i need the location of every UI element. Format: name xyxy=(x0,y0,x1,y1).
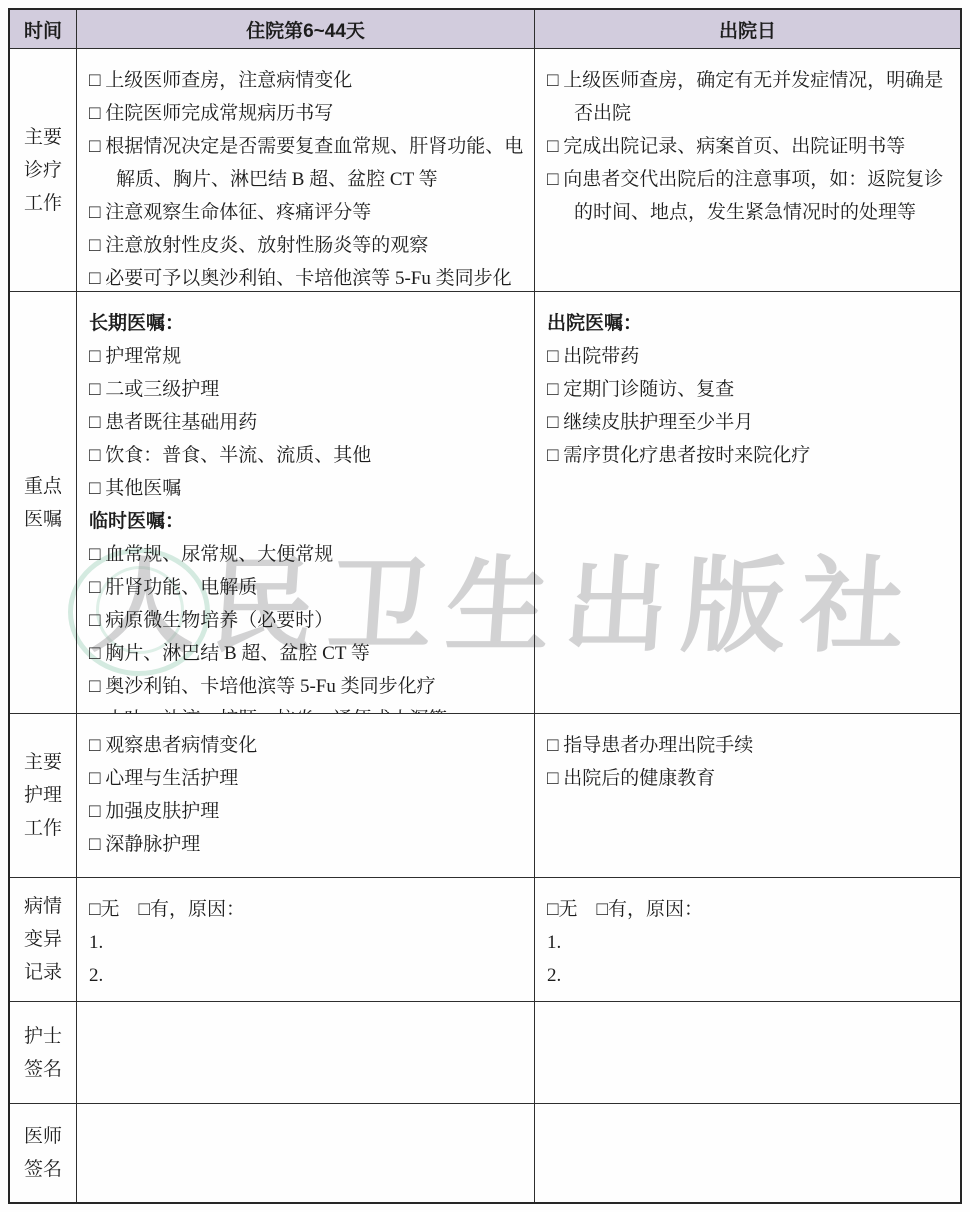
checklist-line: 临时医嘱： xyxy=(89,505,524,538)
row-label-variation-record: 病情 变异 记录 xyxy=(10,878,77,1002)
checklist-line: □ 血常规、尿常规、大便常规 xyxy=(89,538,524,571)
row-label-main-treatment: 主要 诊疗 工作 xyxy=(10,49,77,292)
main-nursing-hospital-cell: □ 观察患者病情变化□ 心理与生活护理□ 加强皮肤护理□ 深静脉护理 xyxy=(77,714,535,878)
checklist-line: □ 完成出院记录、病案首页、出院证明书等 xyxy=(547,130,950,163)
checklist-line: □ 出院带药 xyxy=(547,340,950,373)
checklist-line: □ 二或三级护理 xyxy=(89,373,524,406)
key-orders-hospital-cell: 长期医嘱：□ 护理常规□ 二或三级护理□ 患者既往基础用药□ 饮食：普食、半流、… xyxy=(77,292,535,714)
checklist-line: □ 加强皮肤护理 xyxy=(89,795,524,828)
header-time: 时间 xyxy=(10,10,77,49)
header-discharge-day: 出院日 xyxy=(535,10,960,49)
variation-line: □无 □有，原因： xyxy=(547,893,950,926)
checklist-line: □ 饮食：普食、半流、流质、其他 xyxy=(89,439,524,472)
clinical-pathway-table: 时间 住院第6~44天 出院日 主要 诊疗 工作 □ 上级医师查房，注意病情变化… xyxy=(8,8,962,1204)
nurse-signature-discharge-cell xyxy=(535,1002,960,1104)
document-page: 人民卫生出版社 时间 住院第6~44天 出院日 主要 诊疗 工作 □ 上级医师查… xyxy=(0,0,970,1212)
checklist-line: □ 病原微生物培养（必要时） xyxy=(89,604,524,637)
checklist-line: □ 向患者交代出院后的注意事项，如：返院复诊的时间、地点，发生紧急情况时的处理等 xyxy=(547,163,950,229)
checklist-line: □ 上级医师查房，确定有无并发症情况，明确是否出院 xyxy=(547,64,950,130)
checklist-line: □ 注意观察生命体征、疼痛评分等 xyxy=(89,196,524,229)
checklist-line: □ 继续皮肤护理至少半月 xyxy=(547,406,950,439)
row-label-main-nursing: 主要 护理 工作 xyxy=(10,714,77,878)
checklist-line: □ 出院后的健康教育 xyxy=(547,762,950,795)
checklist-line: □ 护理常规 xyxy=(89,340,524,373)
checklist-line: □ 指导患者办理出院手续 xyxy=(547,729,950,762)
variation-line: 1. xyxy=(547,926,950,959)
variation-record-discharge-cell: □无 □有，原因：1.2. xyxy=(535,878,960,1002)
checklist-line: □ 肝肾功能、电解质 xyxy=(89,571,524,604)
checklist-line: □ 止吐、补液、护肝、抗炎、通便或止泻等 xyxy=(89,703,524,714)
checklist-line: □ 深静脉护理 xyxy=(89,828,524,861)
doctor-signature-discharge-cell xyxy=(535,1104,960,1202)
key-orders-discharge-cell: 出院医嘱：□ 出院带药□ 定期门诊随访、复查□ 继续皮肤护理至少半月□ 需序贯化… xyxy=(535,292,960,714)
checklist-line: □ 其他医嘱 xyxy=(89,472,524,505)
doctor-signature-hospital-cell xyxy=(77,1104,535,1202)
variation-line: 1. xyxy=(89,926,524,959)
checklist-line: □ 奥沙利铂、卡培他滨等 5-Fu 类同步化疗 xyxy=(89,670,524,703)
checklist-line: □ 住院医师完成常规病历书写 xyxy=(89,97,524,130)
checklist-line: 出院医嘱： xyxy=(547,307,950,340)
nurse-signature-hospital-cell xyxy=(77,1002,535,1104)
checklist-line: □ 根据情况决定是否需要复查血常规、肝肾功能、电解质、胸片、淋巴结 B 超、盆腔… xyxy=(89,130,524,196)
header-hospital-days: 住院第6~44天 xyxy=(77,10,535,49)
variation-line: 2. xyxy=(547,959,950,992)
checklist-line: □ 观察患者病情变化 xyxy=(89,729,524,762)
checklist-line: □ 定期门诊随访、复查 xyxy=(547,373,950,406)
row-label-key-orders: 重点 医嘱 xyxy=(10,292,77,714)
checklist-line: □ 上级医师查房，注意病情变化 xyxy=(89,64,524,97)
row-label-doctor-signature: 医师 签名 xyxy=(10,1104,77,1202)
checklist-line: □ 必要可予以奥沙利铂、卡培他滨等 5-Fu 类同步化疗 xyxy=(89,262,524,292)
variation-line: □无 □有，原因： xyxy=(89,893,524,926)
checklist-line: □ 胸片、淋巴结 B 超、盆腔 CT 等 xyxy=(89,637,524,670)
main-treatment-hospital-cell: □ 上级医师查房，注意病情变化□ 住院医师完成常规病历书写□ 根据情况决定是否需… xyxy=(77,49,535,292)
checklist-line: □ 注意放射性皮炎、放射性肠炎等的观察 xyxy=(89,229,524,262)
variation-line: 2. xyxy=(89,959,524,992)
checklist-line: 长期医嘱： xyxy=(89,307,524,340)
row-label-nurse-signature: 护士 签名 xyxy=(10,1002,77,1104)
checklist-line: □ 需序贯化疗患者按时来院化疗 xyxy=(547,439,950,472)
checklist-line: □ 心理与生活护理 xyxy=(89,762,524,795)
variation-record-hospital-cell: □无 □有，原因：1.2. xyxy=(77,878,535,1002)
main-treatment-discharge-cell: □ 上级医师查房，确定有无并发症情况，明确是否出院□ 完成出院记录、病案首页、出… xyxy=(535,49,960,292)
main-nursing-discharge-cell: □ 指导患者办理出院手续□ 出院后的健康教育 xyxy=(535,714,960,878)
checklist-line: □ 患者既往基础用药 xyxy=(89,406,524,439)
